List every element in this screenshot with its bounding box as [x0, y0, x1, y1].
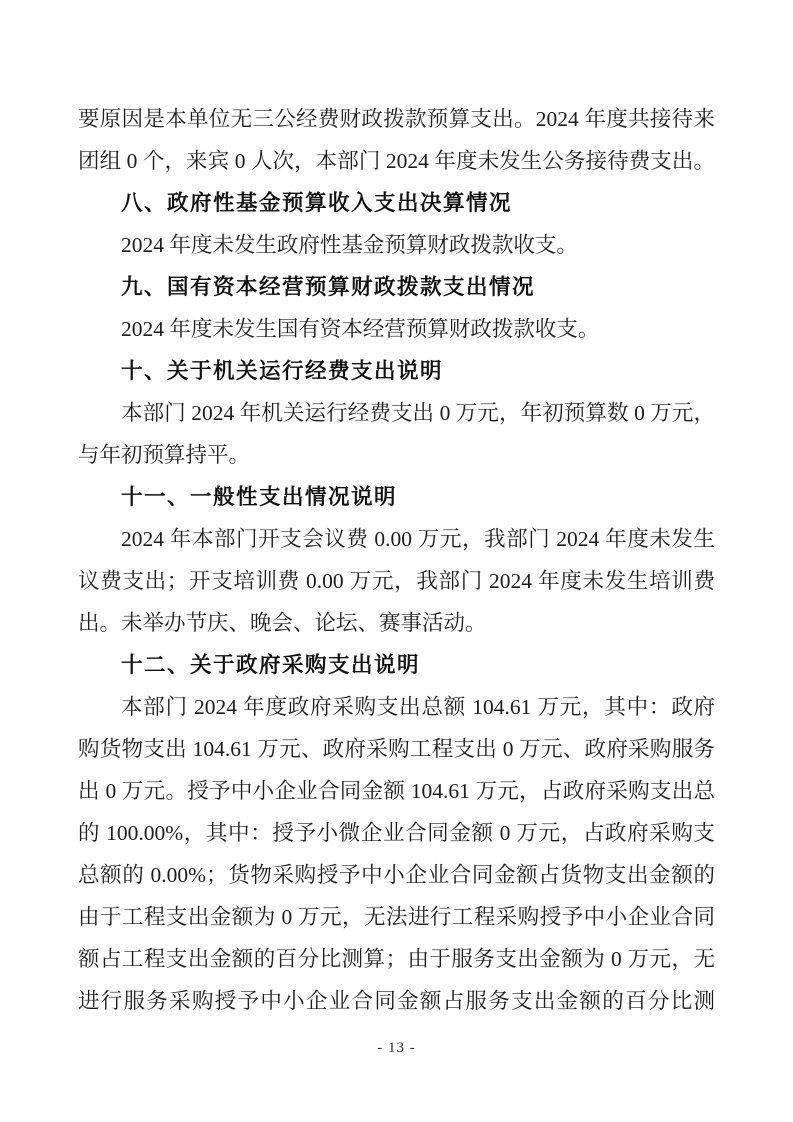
text-line: 议费支出；开支培训费 0.00 万元，我部门 2024 年度未发生培训费支 [78, 560, 715, 602]
section-heading-9: 九、国有资本经营预算财政拨款支出情况 [78, 266, 715, 308]
text-line: 出 0 万元。授予中小企业合同金额 104.61 万元，占政府采购支出总额 [78, 770, 715, 812]
text-line: 要原因是本单位无三公经费财政拨款预算支出。2024 年度共接待来访 [78, 98, 715, 140]
text-line: 购货物支出 104.61 万元、政府采购工程支出 0 万元、政府采购服务支 [78, 728, 715, 770]
text-line: 本部门 2024 年机关运行经费支出 0 万元，年初预算数 0 万元， [78, 392, 715, 434]
text-line: 由于工程支出金额为 0 万元，无法进行工程采购授予中小企业合同金 [78, 896, 715, 938]
text-line: 的 100.00%，其中：授予小微企业合同金额 0 万元，占政府采购支出 [78, 812, 715, 854]
text-line: 额占工程支出金额的百分比测算；由于服务支出金额为 0 万元，无法 [78, 938, 715, 980]
document-page: 要原因是本单位无三公经费财政拨款预算支出。2024 年度共接待来访 团组 0 个… [0, 0, 793, 1122]
section-heading-12: 十二、关于政府采购支出说明 [78, 644, 715, 686]
section-heading-8: 八、政府性基金预算收入支出决算情况 [78, 182, 715, 224]
text-line: 本部门 2024 年度政府采购支出总额 104.61 万元，其中：政府采 [78, 686, 715, 728]
text-line: 总额的 0.00%；货物采购授予中小企业合同金额占货物支出金额的 0%； [78, 854, 715, 896]
text-line: 团组 0 个，来宾 0 人次，本部门 2024 年度未发生公务接待费支出。 [78, 140, 715, 182]
page-body: 要原因是本单位无三公经费财政拨款预算支出。2024 年度共接待来访 团组 0 个… [78, 98, 715, 1022]
text-line: 进行服务采购授予中小企业合同金额占服务支出金额的百分比测算。 [78, 980, 715, 1022]
text-line: 2024 年度未发生国有资本经营预算财政拨款收支。 [78, 308, 715, 350]
text-line: 2024 年度未发生政府性基金预算财政拨款收支。 [78, 224, 715, 266]
section-heading-11: 十一、一般性支出情况说明 [78, 476, 715, 518]
text-line: 出。未举办节庆、晚会、论坛、赛事活动。 [78, 602, 715, 644]
text-line: 与年初预算持平。 [78, 434, 715, 476]
section-heading-10: 十、关于机关运行经费支出说明 [78, 350, 715, 392]
page-number: - 13 - [78, 1037, 715, 1059]
text-line: 2024 年本部门开支会议费 0.00 万元，我部门 2024 年度未发生会 [78, 518, 715, 560]
